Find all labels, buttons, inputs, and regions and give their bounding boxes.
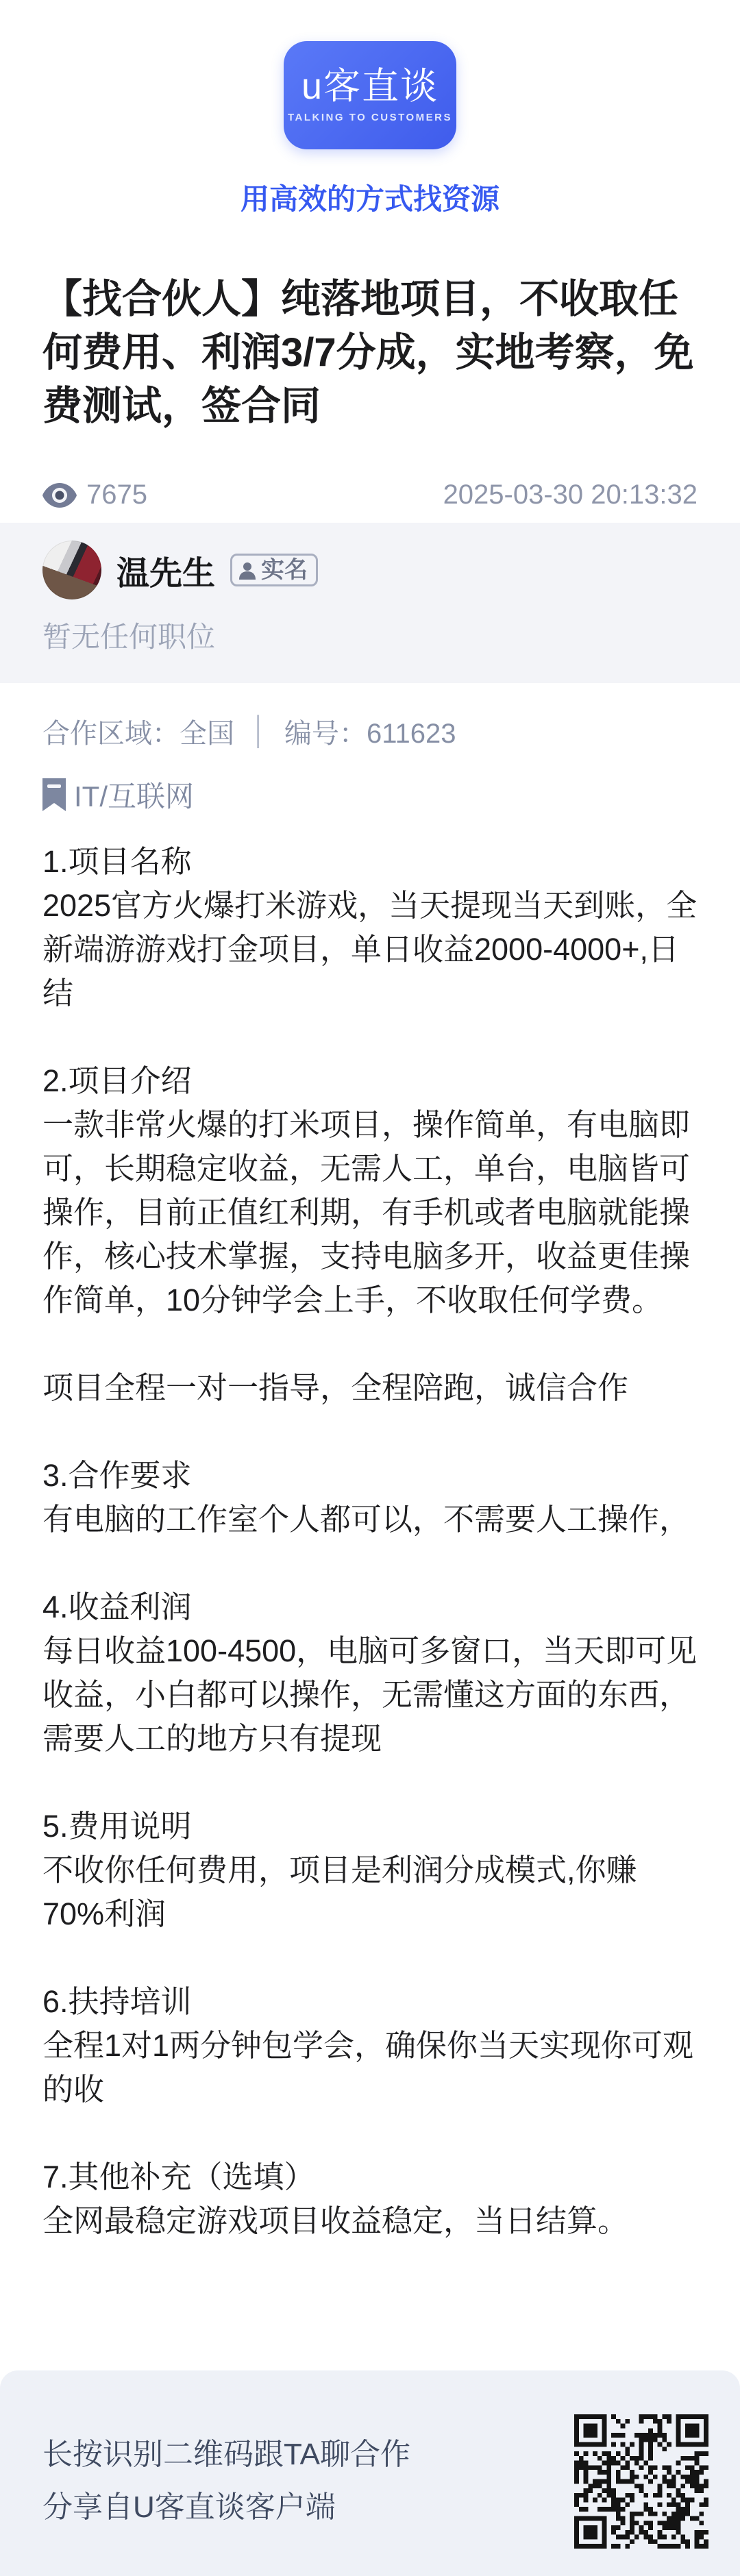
section-heading: 3.合作要求 <box>42 1454 698 1498</box>
person-icon <box>238 560 257 580</box>
section-heading: 2.项目介绍 <box>42 1059 698 1103</box>
section-project-intro: 2.项目介绍 一款非常火爆的打米项目，操作简单，有电脑即可，长期稳定收益，无需人… <box>42 1059 698 1322</box>
bookmark-icon <box>42 778 66 811</box>
app-logo: u客直谈 TALKING TO CUSTOMERS <box>284 41 456 149</box>
section-project-name: 1.项目名称 2025官方火爆打米游戏，当天提现当天到账，全新端游游戏打金项目，… <box>42 840 698 1015</box>
section-heading: 6.扶持培训 <box>42 1980 698 2024</box>
section-profit: 4.收益利润 每日收益100-4500，电脑可多窗口，当天即可见收益，小白都可以… <box>42 1585 698 1761</box>
section-body: 全网最稳定游戏项目收益稳定，当日结算。 <box>42 2199 698 2243</box>
section-body: 有电脑的工作室个人都可以，不需要人工操作， <box>42 1498 698 1541</box>
app-tagline: 用高效的方式找资源 <box>0 177 740 218</box>
coop-region: 合作区域：全国 <box>42 712 234 751</box>
section-coop-requirements: 3.合作要求 有电脑的工作室个人都可以，不需要人工操作， <box>42 1454 698 1541</box>
post-serial: 编号：611623 <box>284 712 456 751</box>
app-logo-wordmark: u客直谈 <box>301 68 439 105</box>
share-footer: 长按识别二维码跟TA聊合作 分享自U客直谈客户端 <box>0 2370 740 2576</box>
article-content: 1.项目名称 2025官方火爆打米游戏，当天提现当天到账，全新端游游戏打金项目，… <box>42 840 698 2243</box>
app-logo-container: u客直谈 TALKING TO CUSTOMERS <box>0 41 740 149</box>
realname-badge: 实名 <box>230 554 318 586</box>
section-body: 全程1对1两分钟包学会，确保你当天实现你可观的收 <box>42 2024 698 2111</box>
author-avatar[interactable] <box>42 541 101 599</box>
section-body: 不收你任何费用，项目是利润分成模式,你赚70%利润 <box>42 1848 698 1936</box>
post-meta-row: 7675 2025-03-30 20:13:32 <box>42 480 698 510</box>
app-logo-slogan: TALKING TO CUSTOMERS <box>288 112 452 123</box>
section-body: 项目全程一对一指导，全程陪跑，诚信合作 <box>42 1366 698 1410</box>
vertical-divider: │ <box>251 716 268 747</box>
share-card-page: u客直谈 TALKING TO CUSTOMERS 用高效的方式找资源 【找合伙… <box>0 0 740 2576</box>
footer-source: 分享自U客直谈客户端 <box>42 2490 410 2526</box>
author-section: 温先生 实名 暂无任何职位 <box>0 523 740 683</box>
view-count: 7675 <box>86 480 147 510</box>
post-datetime: 2025-03-30 20:13:32 <box>443 480 698 510</box>
category-row: IT/互联网 <box>42 774 698 815</box>
section-extra: 7.其他补充（选填） 全网最稳定游戏项目收益稳定，当日结算。 <box>42 2155 698 2243</box>
footer-cta: 长按识别二维码跟TA聊合作 <box>42 2437 410 2473</box>
qr-code[interactable] <box>574 2414 708 2549</box>
section-guidance-note: 项目全程一对一指导，全程陪跑，诚信合作 <box>42 1366 698 1410</box>
author-position: 暂无任何职位 <box>42 615 698 656</box>
footer-text: 长按识别二维码跟TA聊合作 分享自U客直谈客户端 <box>42 2437 410 2526</box>
author-name: 温先生 <box>116 547 215 594</box>
eye-icon <box>42 483 77 508</box>
section-body: 每日收益100-4500，电脑可多窗口，当天即可见收益，小白都可以操作，无需懂这… <box>42 1629 698 1761</box>
category-label: IT/互联网 <box>74 774 194 815</box>
view-counter: 7675 <box>42 480 147 510</box>
realname-badge-label: 实名 <box>261 558 308 582</box>
section-training: 6.扶持培训 全程1对1两分钟包学会，确保你当天实现你可观的收 <box>42 1980 698 2111</box>
section-heading: 4.收益利润 <box>42 1585 698 1629</box>
section-heading: 5.费用说明 <box>42 1805 698 1848</box>
section-body: 一款非常火爆的打米项目，操作简单，有电脑即可，长期稳定收益，无需人工，单台，电脑… <box>42 1103 698 1322</box>
section-fees: 5.费用说明 不收你任何费用，项目是利润分成模式,你赚70%利润 <box>42 1805 698 1936</box>
post-title: 【找合伙人】纯落地项目，不收取任何费用、利润3/7分成，实地考察，免费测试，签合… <box>42 273 698 433</box>
section-body: 2025官方火爆打米游戏，当天提现当天到账，全新端游游戏打金项目，单日收益200… <box>42 884 698 1015</box>
section-heading: 1.项目名称 <box>42 840 698 884</box>
section-heading: 7.其他补充（选填） <box>42 2155 698 2199</box>
region-serial-row: 合作区域：全国 │ 编号：611623 <box>42 712 698 751</box>
